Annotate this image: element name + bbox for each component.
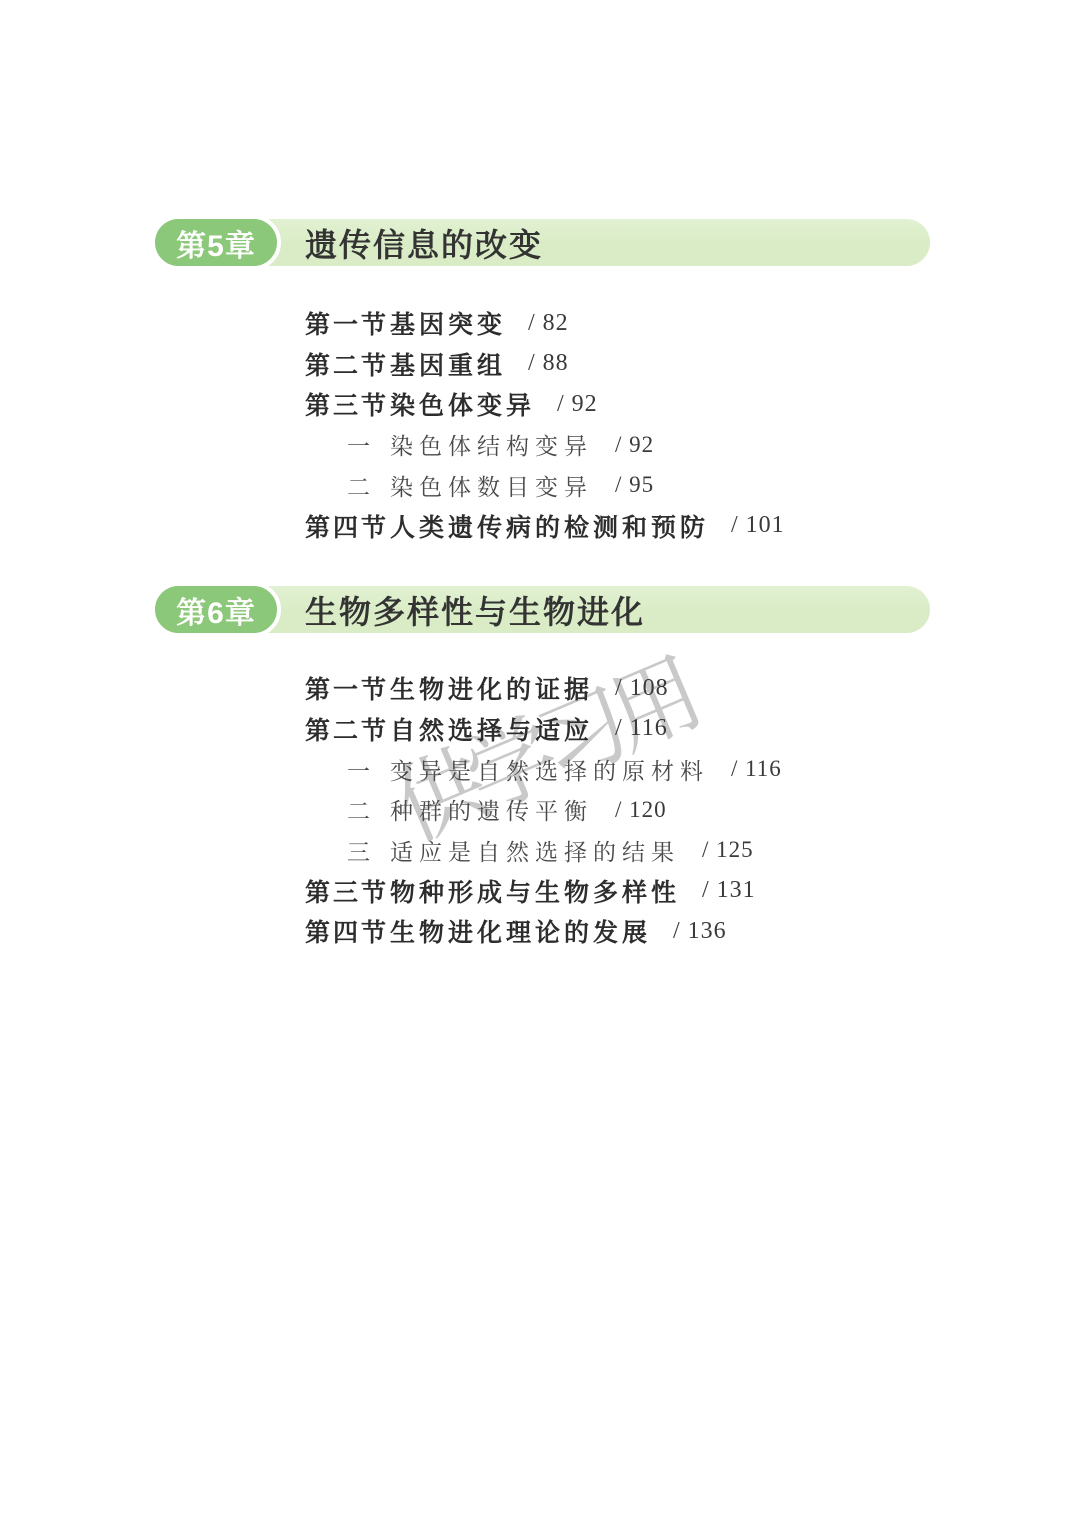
toc-subentry: 一 变异是自然选择的原材料 / 116 — [0, 749, 1080, 790]
section-title: 生物进化理论的发展 — [390, 913, 651, 949]
section-label: 第三节 — [305, 386, 390, 422]
toc-page: 供学习用 第5章 遗传信息的改变 第一节 基因突变 / 82 第二节 基因重组 … — [0, 0, 1080, 1526]
subsection-number: 二 — [305, 793, 390, 826]
page-number: / 108 — [615, 675, 669, 702]
chapter-badge: 第5章 — [151, 215, 281, 270]
toc-subentry: 二 染色体数目变异 / 95 — [0, 465, 1080, 506]
page-number: / 101 — [731, 512, 785, 539]
section-title: 生物进化的证据 — [390, 670, 593, 706]
page-number: / 136 — [673, 918, 727, 945]
page-number: / 120 — [615, 797, 667, 823]
page-number: / 116 — [731, 756, 782, 782]
page-number: / 92 — [557, 391, 598, 418]
toc-subentry: 三 适应是自然选择的结果 / 125 — [0, 830, 1080, 871]
chapter-toc: 第一节 基因突变 / 82 第二节 基因重组 / 88 第三节 染色体变异 / … — [0, 303, 1080, 546]
section-title: 物种形成与生物多样性 — [390, 873, 680, 909]
section-label: 第一节 — [305, 305, 390, 341]
section-label: 第三节 — [305, 873, 390, 909]
toc-entry: 第四节 人类遗传病的检测和预防 / 101 — [0, 506, 1080, 547]
page-number: / 95 — [615, 472, 654, 498]
subsection-number: 一 — [305, 753, 390, 786]
toc-entry: 第二节 基因重组 / 88 — [0, 344, 1080, 385]
subsection-title: 变异是自然选择的原材料 — [390, 753, 709, 786]
section-title: 染色体变异 — [390, 386, 535, 422]
toc-subentry: 一 染色体结构变异 / 92 — [0, 425, 1080, 466]
section-title: 基因重组 — [390, 346, 506, 382]
chapter-badge: 第6章 — [151, 582, 281, 637]
chapter-title: 遗传信息的改变 — [305, 219, 543, 266]
chapter-banner: 第6章 生物多样性与生物进化 — [153, 586, 930, 633]
toc-subentry: 二 种群的遗传平衡 / 120 — [0, 790, 1080, 831]
page-number: / 88 — [528, 350, 569, 377]
page-number: / 92 — [615, 432, 654, 458]
section-label: 第四节 — [305, 913, 390, 949]
subsection-number: 二 — [305, 469, 390, 502]
subsection-number: 一 — [305, 428, 390, 461]
section-title: 自然选择与适应 — [390, 711, 593, 747]
page-number: / 116 — [615, 715, 668, 742]
toc-entry: 第三节 物种形成与生物多样性 / 131 — [0, 871, 1080, 912]
section-title: 人类遗传病的检测和预防 — [390, 508, 709, 544]
chapter-title: 生物多样性与生物进化 — [305, 586, 645, 633]
subsection-title: 种群的遗传平衡 — [390, 793, 593, 826]
toc-entry: 第一节 生物进化的证据 / 108 — [0, 668, 1080, 709]
page-number: / 125 — [702, 837, 754, 863]
subsection-title: 染色体数目变异 — [390, 469, 593, 502]
section-label: 第四节 — [305, 508, 390, 544]
toc-entry: 第一节 基因突变 / 82 — [0, 303, 1080, 344]
page-number: / 131 — [702, 877, 756, 904]
section-title: 基因突变 — [390, 305, 506, 341]
section-label: 第二节 — [305, 346, 390, 382]
section-label: 第二节 — [305, 711, 390, 747]
subsection-title: 适应是自然选择的结果 — [390, 834, 680, 867]
toc-entry: 第三节 染色体变异 / 92 — [0, 384, 1080, 425]
subsection-number: 三 — [305, 834, 390, 867]
chapter-banner: 第5章 遗传信息的改变 — [153, 219, 930, 266]
subsection-title: 染色体结构变异 — [390, 428, 593, 461]
chapter-toc: 第一节 生物进化的证据 / 108 第二节 自然选择与适应 / 116 一 变异… — [0, 668, 1080, 952]
toc-entry: 第二节 自然选择与适应 / 116 — [0, 709, 1080, 750]
page-number: / 82 — [528, 310, 569, 337]
toc-entry: 第四节 生物进化理论的发展 / 136 — [0, 911, 1080, 952]
section-label: 第一节 — [305, 670, 390, 706]
